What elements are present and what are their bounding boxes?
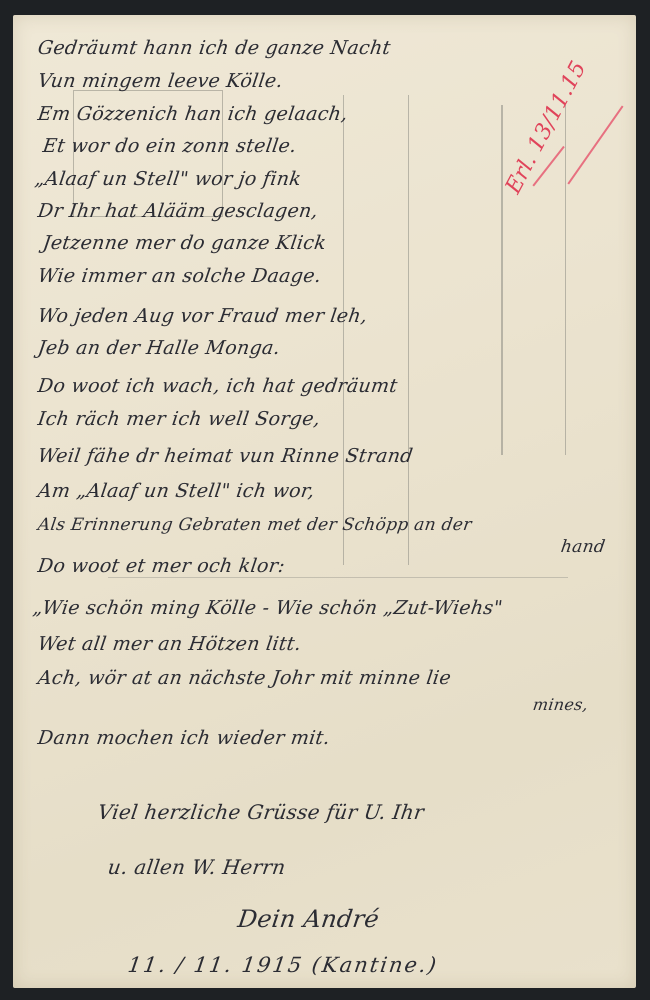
printed-dashed-line [108, 577, 568, 578]
text-line: Ich räch mer ich well Sorge, [36, 408, 321, 430]
text-line: Jetzenne mer do ganze Klick [41, 232, 327, 254]
text-line: Et wor do ein zonn stelle. [41, 135, 298, 157]
text-line: „Wie schön ming Kölle - Wie schön „Zut-W… [31, 597, 504, 619]
closing-line: Viel herzliche Grüsse für U. Ihr [96, 800, 425, 824]
text-line: Am „Alaaf un Stell" ich wor, [36, 480, 316, 502]
text-line: „Alaaf un Stell" wor jo fink [33, 168, 302, 190]
date-line: 11. / 11. 1915 (Kantine.) [126, 953, 439, 977]
text-line: Weil fähe dr heimat vun Rinne Strand [36, 445, 414, 467]
text-line: Gedräumt hann ich de ganze Nacht [36, 37, 392, 59]
printed-divider-line [343, 95, 344, 565]
signature: Dein André [236, 905, 381, 933]
text-line: Em Gözzenich han ich gelaach, [36, 103, 349, 125]
text-line: hand [560, 537, 607, 557]
text-line: Dann mochen ich wieder mit. [36, 727, 331, 749]
text-line: Als Erinnerung Gebraten met der Schöpp a… [37, 515, 473, 535]
postcard: Erl. 13/11.15 Gedräumt hann ich de ganze… [13, 15, 636, 988]
text-line: Wet all mer an Hötzen litt. [36, 633, 302, 655]
printed-divider-line [408, 95, 409, 565]
printed-divider-line [565, 105, 566, 455]
text-line: Dr Ihr hat Alääm gesclagen, [36, 200, 319, 222]
text-line: Ach, wör at an nächste Johr mit minne li… [36, 667, 452, 689]
text-line: Wo jeden Aug vor Fraud mer leh, [36, 305, 368, 327]
text-line: mines, [532, 695, 590, 714]
printed-divider-line [501, 105, 503, 455]
red-annotation: Erl. 13/11.15 [501, 57, 592, 198]
text-line: Wie immer an solche Daage. [36, 265, 322, 287]
text-line: Do woot et mer och klor: [36, 555, 286, 577]
red-annotation-stroke [567, 106, 623, 185]
text-line: Jeb an der Halle Monga. [36, 337, 281, 359]
text-line: Do woot ich wach, ich hat gedräumt [36, 375, 398, 397]
closing-line: u. allen W. Herrn [106, 855, 287, 879]
text-line: Vun mingem leeve Kölle. [36, 70, 284, 92]
